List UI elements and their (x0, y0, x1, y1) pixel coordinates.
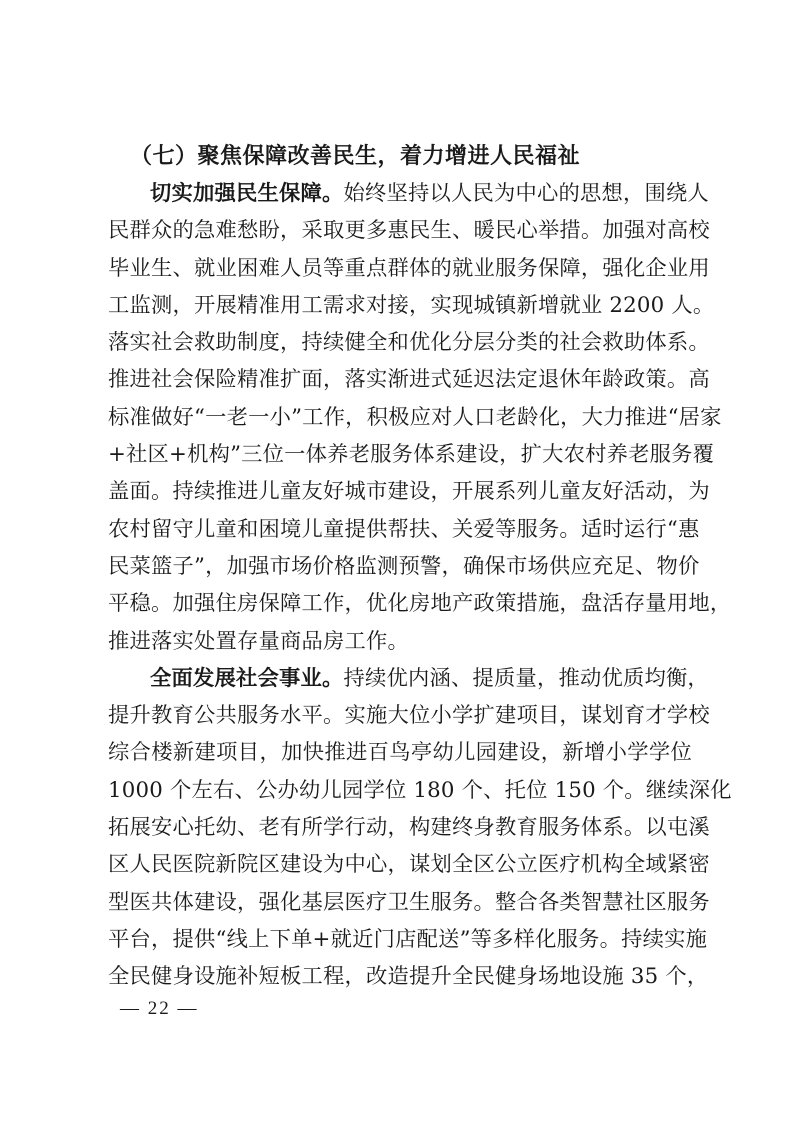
paragraph-lead: 全面发展社会事业。 (150, 666, 343, 691)
paragraph-line: 综合楼新建项目，加快推进百鸟亭幼儿园建设，新增小学学位 (108, 734, 692, 771)
page-number: — 22 — (120, 998, 199, 1020)
paragraph-line: 工监测，开展精准用工需求对接，实现城镇新增就业 2200 人。 (108, 287, 692, 324)
section-heading: （七）聚焦保障改善民生，着力增进人民福祉 (108, 138, 692, 175)
paragraph-line: 区人民医院新院区建设为中心，谋划全区公立医疗机构全域紧密 (108, 846, 692, 883)
document-page: （七）聚焦保障改善民生，着力增进人民福祉 切实加强民生保障。始终坚持以人民为中心… (108, 138, 692, 996)
paragraph-line: +社区+机构”三位一体养老服务体系建设，扩大农村养老服务覆 (108, 436, 692, 473)
line-text: 持续优内涵、提质量，推动优质均衡， (343, 666, 708, 691)
paragraph-line: 落实社会救助制度，持续健全和优化分层分类的社会救助体系。 (108, 324, 692, 361)
paragraph-lead: 切实加强民生保障。 (150, 181, 343, 206)
paragraph-line: 平台，提供“线上下单+就近门店配送”等多样化服务。持续实施 (108, 921, 692, 958)
paragraph-line: 毕业生、就业困难人员等重点群体的就业服务保障，强化企业用 (108, 250, 692, 287)
paragraph-line: 推进社会保险精准扩面，落实渐进式延迟法定退休年龄政策。高 (108, 361, 692, 398)
paragraph-line: 拓展安心托幼、老有所学行动，构建终身教育服务体系。以屯溪 (108, 809, 692, 846)
paragraph-line: 切实加强民生保障。始终坚持以人民为中心的思想，围绕人 (108, 175, 692, 212)
paragraph-line: 盖面。持续推进儿童友好城市建设，开展系列儿童友好活动，为 (108, 473, 692, 510)
paragraph-line: 民群众的急难愁盼，采取更多惠民生、暖民心举措。加强对高校 (108, 212, 692, 249)
paragraph-line: 1000 个左右、公办幼儿园学位 180 个、托位 150 个。继续深化 (108, 772, 692, 809)
line-text: 始终坚持以人民为中心的思想，围绕人 (343, 181, 708, 206)
paragraph-line: 民菜篮子”，加强市场价格监测预警，确保市场供应充足、物价 (108, 548, 692, 585)
paragraph-line: 型医共体建设，强化基层医疗卫生服务。整合各类智慧社区服务 (108, 884, 692, 921)
paragraph-line: 推进落实处置存量商品房工作。 (108, 623, 692, 660)
paragraph-line: 全民健身设施补短板工程，改造提升全民健身场地设施 35 个， (108, 958, 692, 995)
paragraph-line: 提升教育公共服务水平。实施大位小学扩建项目，谋划育才学校 (108, 697, 692, 734)
paragraph-livelihood: 切实加强民生保障。始终坚持以人民为中心的思想，围绕人 民群众的急难愁盼，采取更多… (108, 175, 692, 660)
paragraph-line: 农村留守儿童和困境儿童提供帮扶、关爱等服务。适时运行“惠 (108, 511, 692, 548)
paragraph-social-undertakings: 全面发展社会事业。持续优内涵、提质量，推动优质均衡， 提升教育公共服务水平。实施… (108, 660, 692, 996)
paragraph-line: 全面发展社会事业。持续优内涵、提质量，推动优质均衡， (108, 660, 692, 697)
paragraph-line: 标准做好“一老一小”工作，积极应对人口老龄化，大力推进“居家 (108, 399, 692, 436)
paragraph-line: 平稳。加强住房保障工作，优化房地产政策措施，盘活存量用地， (108, 585, 692, 622)
